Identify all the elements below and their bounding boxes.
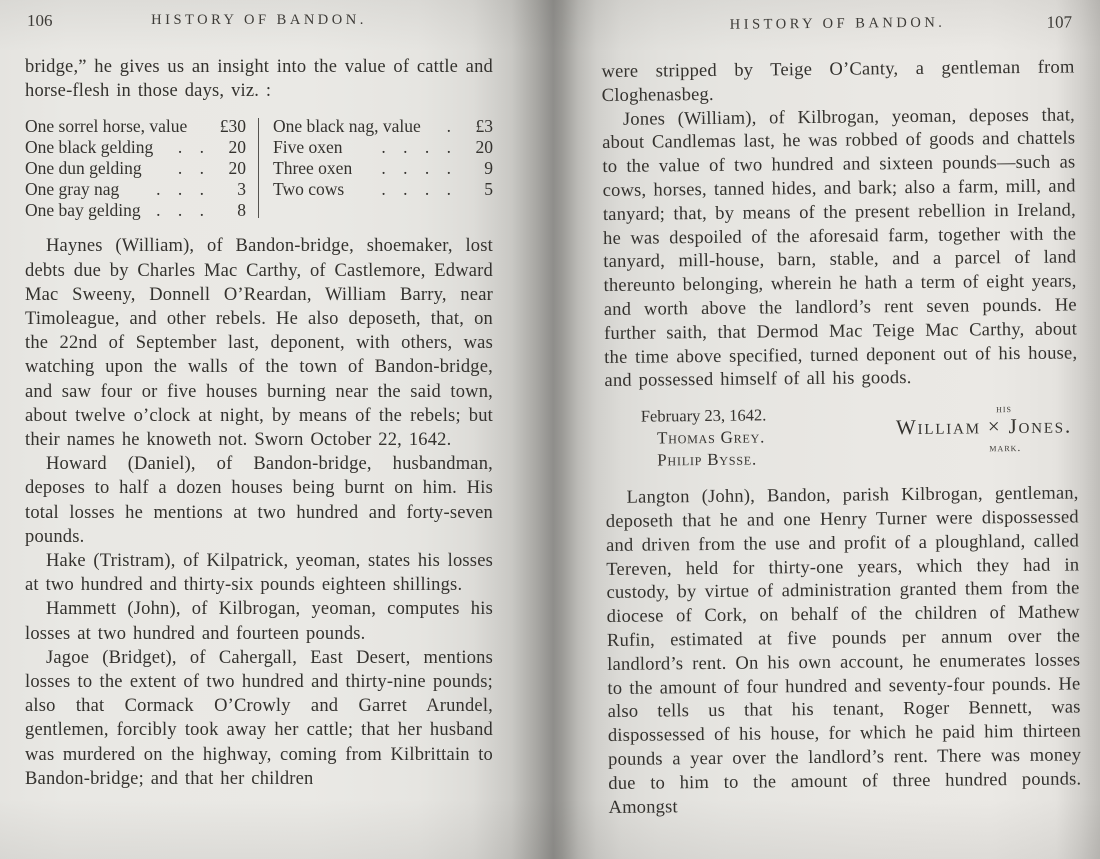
dot-leader: . . . .: [343, 137, 461, 158]
table-row: One bay gelding . . . 8: [25, 200, 246, 221]
dot-leader: . . .: [119, 179, 214, 200]
attestation: February 23, 1642. Thomas Grey. Philip B…: [641, 405, 767, 472]
table-value: 9: [461, 158, 493, 179]
deposition-langton: Langton (John), Bandon, parish Kilbrogan…: [606, 483, 1082, 821]
deponent-name: William × Jones.: [896, 414, 1072, 441]
deposition-howard: Howard (Daniel), of Bandon-bridge, husba…: [25, 452, 493, 549]
table-column-left: One sorrel horse, value £30 One black ge…: [25, 116, 246, 220]
continuation-paragraph: were stripped by Teige O’Canty, a gentle…: [601, 56, 1074, 108]
table-row: Five oxen . . . . 20: [273, 137, 493, 158]
table-item: Five oxen: [273, 137, 343, 158]
table-value: 20: [461, 137, 493, 158]
dot-leader: .: [421, 116, 461, 137]
witness-name: Thomas Grey.: [641, 427, 767, 450]
table-row: One sorrel horse, value £30: [25, 116, 246, 137]
table-row: Three oxen . . . . 9: [273, 158, 493, 179]
deposition-jagoe: Jagoe (Bridget), of Cahergall, East Dese…: [25, 646, 493, 791]
dot-leader: . . .: [141, 200, 214, 221]
table-item: One black gelding: [25, 137, 153, 158]
table-row: One black gelding . . 20: [25, 137, 246, 158]
table-value: 5: [461, 179, 493, 200]
table-item: One black nag, value: [273, 116, 421, 137]
mark-label: mark.: [989, 440, 1021, 455]
intro-paragraph: bridge,” he gives us an insight into the…: [25, 55, 493, 103]
table-value: 20: [214, 158, 246, 179]
dot-leader: . . . .: [344, 179, 461, 200]
table-value: 3: [214, 179, 246, 200]
table-item: Three oxen: [273, 158, 352, 179]
table-item: One sorrel horse, value: [25, 116, 187, 137]
table-value: £3: [461, 116, 493, 137]
attestation-date: February 23, 1642.: [641, 405, 767, 428]
table-value: 8: [214, 200, 246, 221]
running-head-title: HISTORY OF BANDON.: [601, 13, 1074, 35]
depositions-left: Haynes (William), of Bandon-bridge, shoe…: [25, 234, 493, 791]
dot-leader: . . . .: [352, 158, 461, 179]
table-column-divider: [258, 118, 259, 218]
page-number: 107: [1046, 12, 1072, 32]
deposition-jones: Jones (William), of Kilbrogan, yeoman, d…: [602, 104, 1078, 394]
deposition-hake: Hake (Tristram), of Kilpatrick, yeoman, …: [25, 549, 493, 597]
livestock-value-table: One sorrel horse, value £30 One black ge…: [25, 116, 493, 220]
table-item: One dun gelding: [25, 158, 142, 179]
dot-leader: [187, 116, 214, 137]
running-header-left: 106 HISTORY OF BANDON.: [25, 12, 493, 34]
dot-leader: . .: [153, 137, 214, 158]
table-item: Two cows: [273, 179, 344, 200]
table-row: One dun gelding . . 20: [25, 158, 246, 179]
witness-name: Philip Bysse.: [641, 449, 767, 472]
page-106: 106 HISTORY OF BANDON. bridge,” he gives…: [25, 12, 493, 791]
table-row: One gray nag . . . 3: [25, 179, 246, 200]
running-header-right: HISTORY OF BANDON. 107: [601, 13, 1074, 40]
deposition-hammett: Hammett (John), of Kilbrogan, yeoman, co…: [25, 597, 493, 645]
deponent-mark: his William × Jones. mark.: [896, 414, 1072, 441]
deposition-haynes: Haynes (William), of Bandon-bridge, shoe…: [25, 234, 493, 452]
table-row: Two cows . . . . 5: [273, 179, 493, 200]
table-value: £30: [214, 116, 246, 137]
his-label: his: [996, 401, 1012, 416]
table-item: One bay gelding: [25, 200, 141, 221]
page-107: HISTORY OF BANDON. 107 were stripped by …: [601, 13, 1082, 820]
table-item: One gray nag: [25, 179, 119, 200]
book-spread-scan: 106 HISTORY OF BANDON. bridge,” he gives…: [0, 0, 1100, 859]
dot-leader: . .: [142, 158, 214, 179]
table-value: 20: [214, 137, 246, 158]
table-row: One black nag, value . £3: [273, 116, 493, 137]
table-column-right: One black nag, value . £3 Five oxen . . …: [273, 116, 493, 220]
signature-block: February 23, 1642. Thomas Grey. Philip B…: [641, 402, 1075, 472]
running-head-title: HISTORY OF BANDON.: [25, 12, 493, 29]
